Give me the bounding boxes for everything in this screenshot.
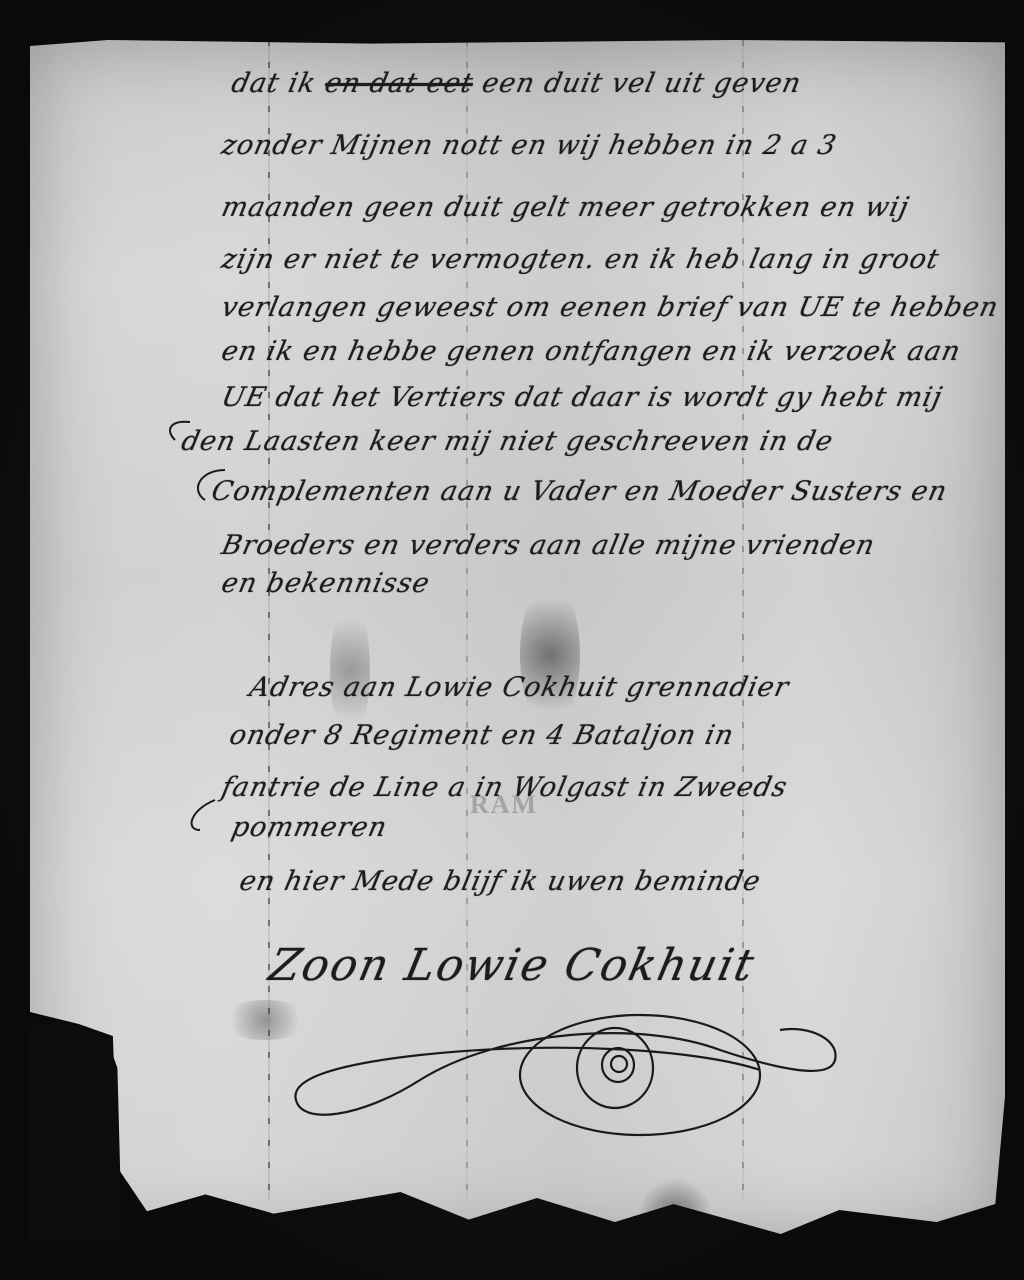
signature-flourish bbox=[0, 0, 1024, 1280]
